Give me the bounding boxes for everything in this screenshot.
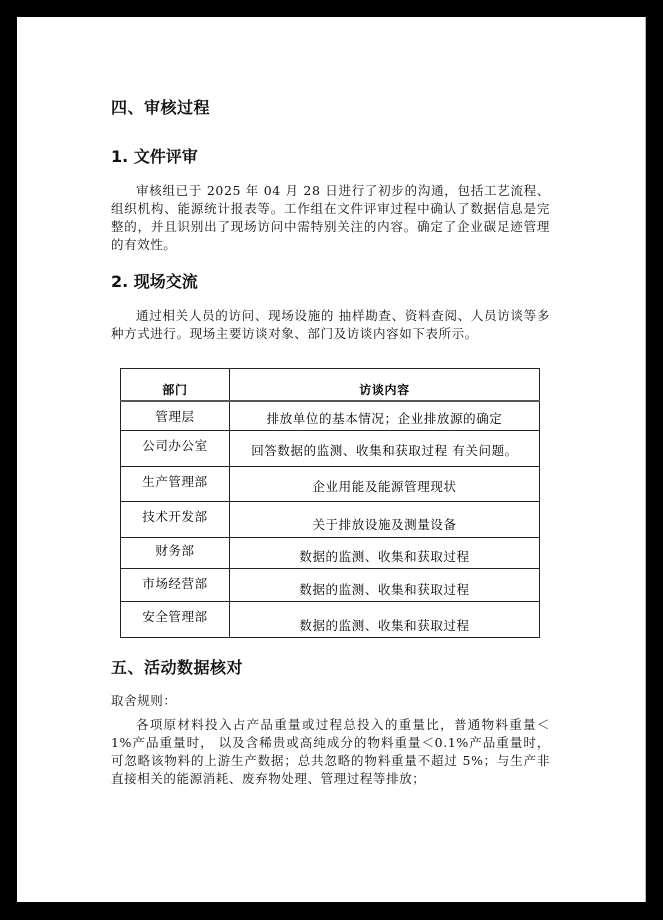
table-header-row: 部门 访谈内容 [121,369,540,402]
header-department: 部门 [121,369,230,402]
table-row: 财务部 数据的监测、收集和获取过程 [121,537,540,568]
department-cell: 技术开发部 [121,501,230,537]
document-review-paragraph: 审核组已于 2025 年 04 月 28 日进行了初步的沟通，包括工艺流程、组织… [111,182,550,254]
topic-cell: 企业用能及能源管理现状 [230,466,540,501]
department-cell: 安全管理部 [121,601,230,637]
interview-table: 部门 访谈内容 管理层 排放单位的基本情况；企业排放源的确定 公司办公室 回答数… [120,368,540,638]
topic-cell: 数据的监测、收集和获取过程 [230,601,540,637]
topic-cell: 关于排放设施及测量设备 [230,501,540,537]
section-5-heading: 五、活动数据核对 [111,655,243,678]
department-cell: 公司办公室 [121,430,230,466]
header-interview-content: 访谈内容 [230,369,540,402]
table-row: 管理层 排放单位的基本情况；企业排放源的确定 [121,401,540,430]
department-cell: 管理层 [121,401,230,430]
subsection-2-heading: 2. 现场交流 [111,269,198,292]
cutoff-rule-paragraph: 各项原材料投入占产品重量或过程总投入的重量比，普通物料重量＜1%产品重量时， 以… [111,716,550,788]
department-cell: 生产管理部 [121,466,230,501]
topic-cell: 数据的监测、收集和获取过程 [230,537,540,568]
table-row: 安全管理部 数据的监测、收集和获取过程 [121,601,540,637]
table-row: 技术开发部 关于排放设施及测量设备 [121,501,540,537]
topic-cell: 回答数据的监测、收集和获取过程 有关问题。 [230,430,540,466]
department-cell: 财务部 [121,537,230,568]
table-row: 生产管理部 企业用能及能源管理现状 [121,466,540,501]
site-exchange-paragraph: 通过相关人员的访问、现场设施的 抽样勘查、资料查阅、人员访谈等多种方式进行。现场… [111,307,550,343]
subsection-1-heading: 1. 文件评审 [111,144,198,167]
rule-label: 取舍规则： [111,692,550,710]
topic-cell: 排放单位的基本情况；企业排放源的确定 [230,401,540,430]
department-cell: 市场经营部 [121,568,230,601]
document-page: 四、审核过程 1. 文件评审 审核组已于 2025 年 04 月 28 日进行了… [17,17,646,902]
topic-cell: 数据的监测、收集和获取过程 [230,568,540,601]
table-row: 市场经营部 数据的监测、收集和获取过程 [121,568,540,601]
table-row: 公司办公室 回答数据的监测、收集和获取过程 有关问题。 [121,430,540,466]
section-4-heading: 四、审核过程 [111,95,210,118]
